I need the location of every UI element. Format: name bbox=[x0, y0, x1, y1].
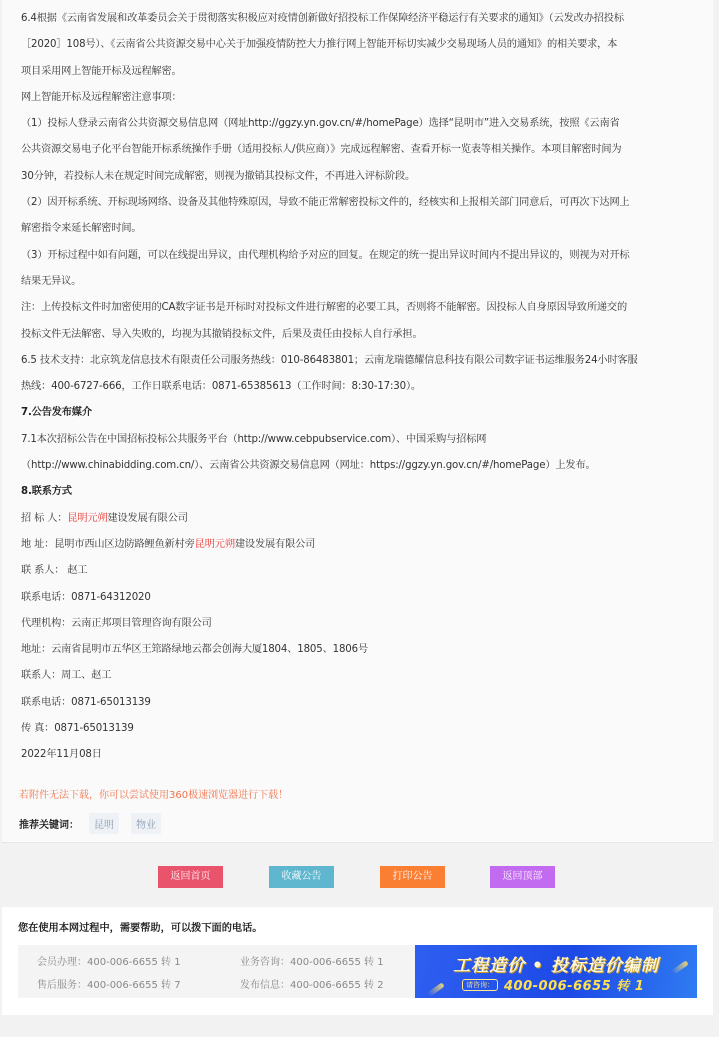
favorite-button[interactable]: 收藏公告 bbox=[269, 866, 334, 888]
tenderer-suffix: 建设发展有限公司 bbox=[107, 513, 187, 524]
recommended-keywords: 推荐关键词： 昆明 物业 bbox=[19, 813, 173, 834]
contact-person: 联 系人： 赵工 bbox=[21, 558, 713, 584]
text-line: 注：上传投标文件时加密使用的CA数字证书是开标时对投标文件进行解密的必要工具，否… bbox=[21, 295, 713, 321]
cost-estimate-banner[interactable]: 工程造价 • 投标造价编制 请咨询： 400-006-6655 转 1 bbox=[415, 945, 697, 998]
agency-phone: 联系电话：0871-65013139 bbox=[21, 690, 713, 716]
text-line: ［2020］108号）、《云南省公共资源交易中心关于加强疫情防控大力推行网上智能… bbox=[21, 32, 713, 58]
phone-publish: 发布信息：400-006-6655 转 2 bbox=[240, 976, 384, 991]
help-phone-box: 会员办理：400-006-6655 转 1 业务咨询：400-006-6655 … bbox=[18, 945, 416, 998]
tenderer-highlight: 昆明元朔 bbox=[67, 513, 107, 524]
banner-tag: 请咨询： bbox=[462, 979, 498, 991]
text-line: 7.1本次招标公告在中国招标投标公共服务平台（http://www.cebpub… bbox=[21, 427, 713, 453]
text-line: （1）投标人登录云南省公共资源交易信息网（网址http://ggzy.yn.go… bbox=[21, 111, 713, 137]
text-line: 解密指令来延长解密时间。 bbox=[21, 216, 713, 242]
section-heading-contact: 8.联系方式 bbox=[21, 479, 713, 505]
text-line: （3）开标过程中如有问题，可以在线提出异议，由代理机构给予对应的回复。在规定的统… bbox=[21, 243, 713, 269]
article-content: 6.4根据《云南省发展和改革委员会关于贯彻落实积极应对疫情创新做好招投标工作保障… bbox=[2, 0, 713, 843]
phone-membership: 会员办理：400-006-6655 转 1 bbox=[37, 953, 181, 968]
keyword-tag[interactable]: 物业 bbox=[131, 813, 161, 834]
decorative-streak-icon bbox=[427, 982, 445, 996]
contact-phone: 联系电话：0871-64312020 bbox=[21, 585, 713, 611]
text-line: 项目采用网上智能开标及远程解密。 bbox=[21, 59, 713, 85]
text-line: 投标文件无法解密、导入失败的，均视为其撤销投标文件，后果及责任由投标人自行承担。 bbox=[21, 322, 713, 348]
help-section: 您在使用本网过程中，需要帮助，可以拨下面的电话。 会员办理：400-006-66… bbox=[2, 907, 713, 1015]
keyword-tag[interactable]: 昆明 bbox=[89, 813, 119, 834]
text-line: 结果无异议。 bbox=[21, 269, 713, 295]
text-line: 热线：400-6727-666，工作日联系电话：0871-65385613（工作… bbox=[21, 374, 713, 400]
address-label: 地 址：昆明市西山区边防路鲤鱼新村旁 bbox=[21, 539, 195, 550]
keywords-label: 推荐关键词： bbox=[19, 816, 79, 831]
back-to-top-button[interactable]: 返回顶部 bbox=[490, 866, 555, 888]
banner-title: 工程造价 • 投标造价编制 bbox=[415, 951, 697, 976]
download-notice: 若附件无法下载，你可以尝试使用360极速浏览器进行下载！ bbox=[19, 786, 288, 801]
print-button[interactable]: 打印公告 bbox=[380, 866, 445, 888]
agency-name: 代理机构：云南正邦项目管理咨询有限公司 bbox=[21, 611, 713, 637]
action-bar: 返回首页 收藏公告 打印公告 返回顶部 bbox=[0, 866, 719, 888]
text-line: （http://www.chinabidding.com.cn/）、云南省公共资… bbox=[21, 453, 713, 479]
text-line: （2）因开标系统、开标现场网络、设备及其他特殊原因，导致不能正常解密投标文件的，… bbox=[21, 190, 713, 216]
text-line: 30分钟，若投标人未在规定时间完成解密，则视为撤销其投标文件，不再进入评标阶段。 bbox=[21, 164, 713, 190]
banner-phone: 400-006-6655 转 1 bbox=[504, 975, 644, 994]
agency-contact: 联系人：周工、赵工 bbox=[21, 663, 713, 689]
banner-subline: 请咨询： 400-006-6655 转 1 bbox=[462, 975, 644, 994]
section-heading-media: 7.公告发布媒介 bbox=[21, 400, 713, 426]
help-title: 您在使用本网过程中，需要帮助，可以拨下面的电话。 bbox=[18, 919, 263, 934]
phone-after-sales: 售后服务：400-006-6655 转 7 bbox=[37, 976, 181, 991]
tenderer-address-line: 地 址：昆明市西山区边防路鲤鱼新村旁昆明元朔建设发展有限公司 bbox=[21, 532, 713, 558]
address-suffix: 建设发展有限公司 bbox=[235, 539, 315, 550]
agency-fax: 传 真：0871-65013139 bbox=[21, 716, 713, 742]
agency-address: 地址：云南省昆明市五华区王筇路绿地云都会创海大厦1804、1805、1806号 bbox=[21, 637, 713, 663]
text-line: 6.5 技术支持：北京筑龙信息技术有限责任公司服务热线：010-86483801… bbox=[21, 348, 713, 374]
text-line: 公共资源交易电子化平台智能开标系统操作手册（适用投标人/供应商）》完成远程解密、… bbox=[21, 137, 713, 163]
address-highlight: 昆明元朔 bbox=[195, 539, 235, 550]
publish-date: 2022年11月08日 bbox=[21, 742, 713, 768]
tenderer-label: 招 标 人： bbox=[21, 513, 67, 524]
back-home-button[interactable]: 返回首页 bbox=[158, 866, 223, 888]
tenderer-line: 招 标 人：昆明元朔建设发展有限公司 bbox=[21, 506, 713, 532]
text-line: 6.4根据《云南省发展和改革委员会关于贯彻落实积极应对疫情创新做好招投标工作保障… bbox=[21, 6, 713, 32]
text-line: 网上智能开标及远程解密注意事项： bbox=[21, 85, 713, 111]
phone-business: 业务咨询：400-006-6655 转 1 bbox=[240, 953, 384, 968]
